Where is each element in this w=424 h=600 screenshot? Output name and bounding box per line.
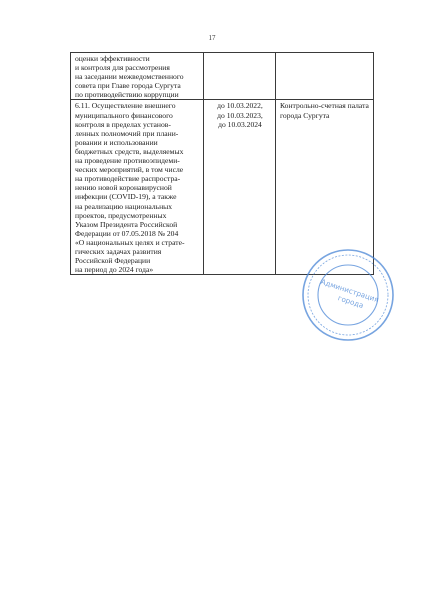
measure-text-line: оценки эффективности <box>75 54 200 63</box>
measure-text-line: Федерации от 07.05.2018 № 204 <box>75 229 200 238</box>
measure-text-line: Российской Федерации <box>75 256 200 265</box>
measure-text-line: Указом Президента Российской <box>75 220 200 229</box>
measure-cell: 6.11. Осуществление внешнего муниципальн… <box>71 100 204 275</box>
deadline-text-line: до 10.03.2022, <box>208 101 272 110</box>
deadline-cell <box>204 53 276 100</box>
table-row: оценки эффективности и контроля для расс… <box>71 53 374 100</box>
measure-text-line: на реализацию национальных <box>75 202 200 211</box>
page-number: 17 <box>0 34 424 42</box>
measure-text-line: по противодействию коррупции <box>75 90 200 99</box>
measure-text-line: и контроля для рассмотрения <box>75 63 200 72</box>
responsible-cell <box>276 53 374 100</box>
measure-text-line: ческих мероприятий, в том числе <box>75 165 200 174</box>
measure-text-line: муниципального финансового <box>75 111 200 120</box>
measure-text-line: совета при Главе города Сургута <box>75 81 200 90</box>
deadline-text-line: до 10.03.2023, <box>208 111 272 120</box>
measure-text-line: на проведение противоэпидеми- <box>75 156 200 165</box>
responsible-text-line: города Сургута <box>280 111 370 120</box>
measure-text-line: инфекции (COVID-19), а также <box>75 192 200 201</box>
measures-table: оценки эффективности и контроля для расс… <box>70 52 374 275</box>
measure-text-line: проектов, предусмотренных <box>75 211 200 220</box>
measure-text-line: ленных полномочий при плани- <box>75 129 200 138</box>
deadline-cell: до 10.03.2022, до 10.03.2023, до 10.03.2… <box>204 100 276 275</box>
measure-text-line: на период до 2024 года» <box>75 265 200 274</box>
measure-text-line: «О национальных целях и страте- <box>75 238 200 247</box>
measure-text-line: нению новой коронавирусной <box>75 183 200 192</box>
measure-text-line: контроля в пределах установ- <box>75 120 200 129</box>
measure-text-line: 6.11. Осуществление внешнего <box>75 101 200 110</box>
measure-text-line: гических задачах развития <box>75 247 200 256</box>
deadline-text-line: до 10.03.2024 <box>208 120 272 129</box>
stamp-seal-icon: Администрация города <box>300 247 396 343</box>
measure-cell: оценки эффективности и контроля для расс… <box>71 53 204 100</box>
responsible-text-line: Контрольно-счетная палата <box>280 101 370 110</box>
official-stamp: Администрация города <box>300 247 396 343</box>
measure-text-line: на заседании межведомственного <box>75 72 200 81</box>
measure-text-line: ровании и использовании <box>75 138 200 147</box>
measure-text-line: на противодействие распростра- <box>75 174 200 183</box>
measure-text-line: бюджетных средств, выделяемых <box>75 147 200 156</box>
